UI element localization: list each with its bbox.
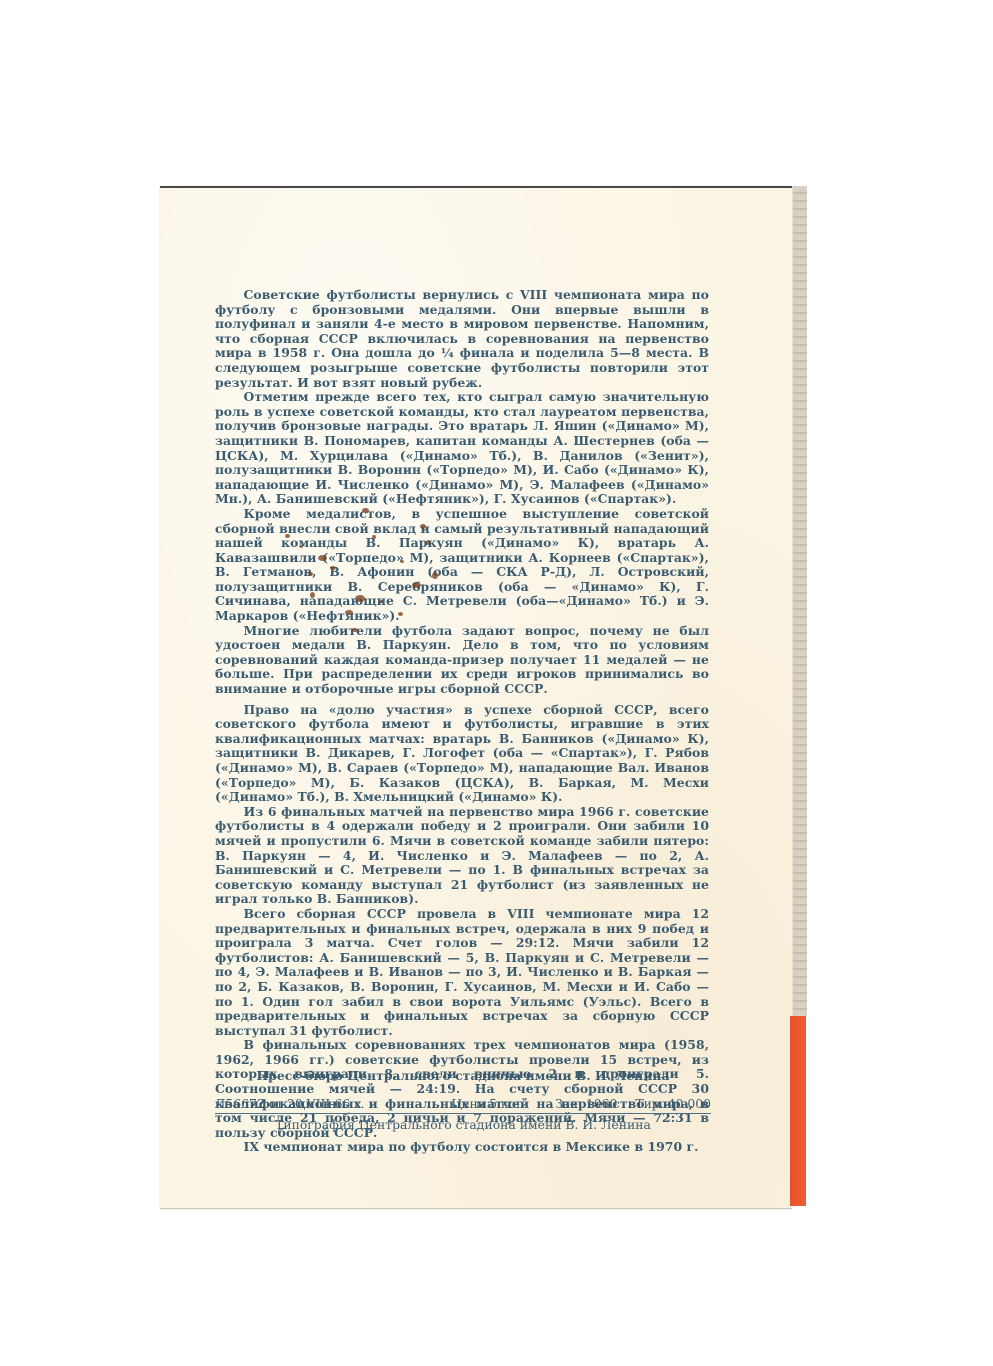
- article-body: Советские футболисты вернулись с VIII че…: [215, 288, 709, 1155]
- press-bureau-credit: Пресс-бюро Центрального стадиона имени В…: [215, 1068, 711, 1083]
- imprint-line: Л56672 от 20.VIII-66 г. Цена 5 коп. Зак.…: [215, 1096, 711, 1114]
- typography-credit: Типография Центрального стадиона имени В…: [215, 1117, 711, 1132]
- paragraph-contributors: Кроме медалистов, в успешное выступление…: [215, 507, 709, 624]
- price: Цена 5 коп.: [451, 1096, 528, 1111]
- paragraph-total-stats: Всего сборная СССР провела в VIII чемпио…: [215, 907, 709, 1038]
- paragraph-parkuyan-question: Многие любители футбола задают вопрос, п…: [215, 624, 709, 697]
- paragraph-medalists: Отметим прежде всего тех, кто сыграл сам…: [215, 390, 709, 507]
- paragraph-qualification-players: Право на «долю участия» в успехе сборной…: [215, 703, 709, 805]
- order-and-print-run: Зак. 1060 Тир. 40 000: [555, 1096, 711, 1111]
- order-number: Зак. 1060: [555, 1096, 617, 1111]
- paragraph-intro: Советские футболисты вернулись с VIII че…: [215, 288, 709, 390]
- orange-cover-strip: [790, 1016, 806, 1206]
- paragraph-final-matches: Из 6 финальных матчей на первенство мира…: [215, 805, 709, 907]
- license-number: Л56672 от 20.VIII-66 г.: [215, 1096, 365, 1111]
- print-run: Тир. 40 000: [635, 1096, 711, 1111]
- paragraph-next-championship: IX чемпионат мира по футболу состоится в…: [215, 1140, 709, 1155]
- torn-right-edge: [792, 186, 807, 1016]
